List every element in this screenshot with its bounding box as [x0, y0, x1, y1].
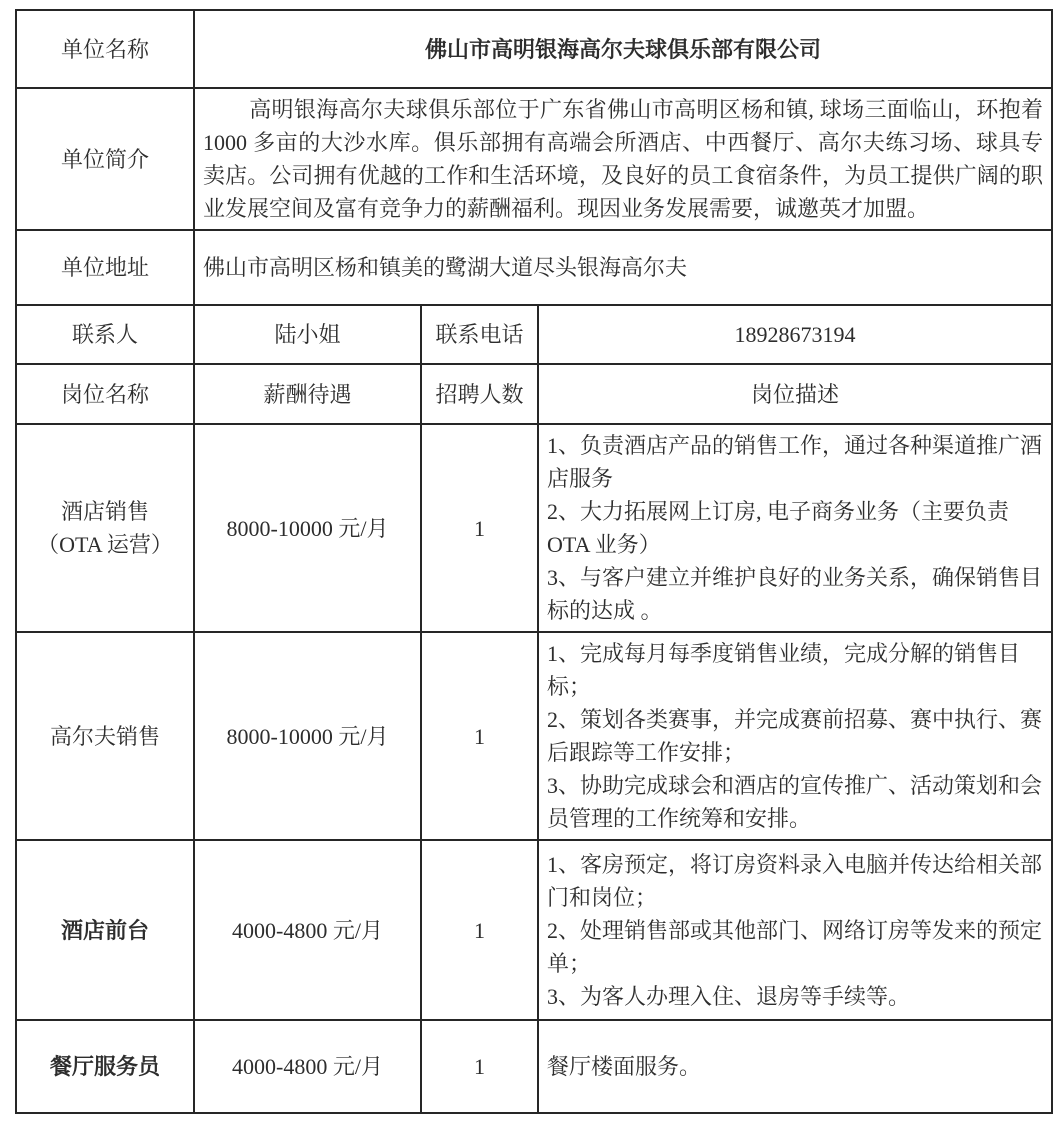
contact-label: 联系人: [16, 305, 194, 364]
company-name-label: 单位名称: [16, 10, 194, 88]
company-address-label: 单位地址: [16, 230, 194, 305]
job-title: 酒店前台: [16, 840, 194, 1020]
job-row-restaurant-server: 餐厅服务员 4000-4800 元/月 1 餐厅楼面服务。: [16, 1020, 1052, 1113]
job-headcount: 1: [421, 632, 538, 840]
job-title: 酒店销售 （OTA 运营）: [16, 424, 194, 632]
header-salary: 薪酬待遇: [194, 364, 421, 424]
company-intro-row: 单位简介 高明银海高尔夫球俱乐部位于广东省佛山市高明区杨和镇, 球场三面临山，环…: [16, 88, 1052, 230]
phone-label: 联系电话: [421, 305, 538, 364]
job-description: 1、负责酒店产品的销售工作，通过各种渠道推广酒店服务 2、大力拓展网上订房, 电…: [538, 424, 1052, 632]
job-title: 餐厅服务员: [16, 1020, 194, 1113]
job-row-front-desk: 酒店前台 4000-4800 元/月 1 1、客房预定，将订房资料录入电脑并传达…: [16, 840, 1052, 1020]
job-row-hotel-sales: 酒店销售 （OTA 运营） 8000-10000 元/月 1 1、负责酒店产品的…: [16, 424, 1052, 632]
company-name-value: 佛山市高明银海高尔夫球俱乐部有限公司: [194, 10, 1052, 88]
job-salary: 4000-4800 元/月: [194, 1020, 421, 1113]
phone-value: 18928673194: [538, 305, 1052, 364]
job-salary: 8000-10000 元/月: [194, 632, 421, 840]
job-headcount: 1: [421, 840, 538, 1020]
company-address-value: 佛山市高明区杨和镇美的鹭湖大道尽头银海高尔夫: [194, 230, 1052, 305]
company-intro-label: 单位简介: [16, 88, 194, 230]
contact-row: 联系人 陆小姐 联系电话 18928673194: [16, 305, 1052, 364]
job-salary: 4000-4800 元/月: [194, 840, 421, 1020]
company-intro-value: 高明银海高尔夫球俱乐部位于广东省佛山市高明区杨和镇, 球场三面临山，环抱着 10…: [194, 88, 1052, 230]
jobs-header-row: 岗位名称 薪酬待遇 招聘人数 岗位描述: [16, 364, 1052, 424]
job-description: 1、完成每月每季度销售业绩，完成分解的销售目标； 2、策划各类赛事，并完成赛前招…: [538, 632, 1052, 840]
recruitment-notice-page: 单位名称 佛山市高明银海高尔夫球俱乐部有限公司 单位简介 高明银海高尔夫球俱乐部…: [0, 0, 1064, 1124]
company-address-row: 单位地址 佛山市高明区杨和镇美的鹭湖大道尽头银海高尔夫: [16, 230, 1052, 305]
job-description: 餐厅楼面服务。: [538, 1020, 1052, 1113]
job-row-golf-sales: 高尔夫销售 8000-10000 元/月 1 1、完成每月每季度销售业绩，完成分…: [16, 632, 1052, 840]
header-description: 岗位描述: [538, 364, 1052, 424]
job-description: 1、客房预定，将订房资料录入电脑并传达给相关部门和岗位； 2、处理销售部或其他部…: [538, 840, 1052, 1020]
contact-name-value: 陆小姐: [194, 305, 421, 364]
job-headcount: 1: [421, 424, 538, 632]
recruitment-table: 单位名称 佛山市高明银海高尔夫球俱乐部有限公司 单位简介 高明银海高尔夫球俱乐部…: [15, 9, 1053, 1114]
company-intro-paragraph: 高明银海高尔夫球俱乐部位于广东省佛山市高明区杨和镇, 球场三面临山，环抱着 10…: [203, 93, 1043, 225]
job-salary: 8000-10000 元/月: [194, 424, 421, 632]
header-headcount: 招聘人数: [421, 364, 538, 424]
job-headcount: 1: [421, 1020, 538, 1113]
company-name-row: 单位名称 佛山市高明银海高尔夫球俱乐部有限公司: [16, 10, 1052, 88]
header-job-title: 岗位名称: [16, 364, 194, 424]
job-title: 高尔夫销售: [16, 632, 194, 840]
